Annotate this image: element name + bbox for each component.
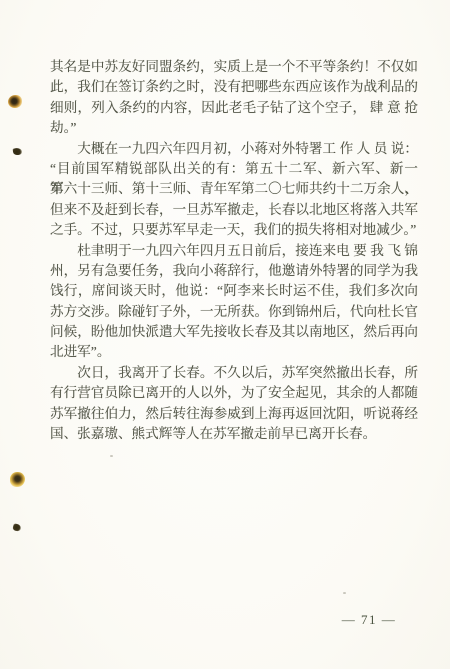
text-line: 饯行，席间谈天时，他说：“阿李来长时运不佳，我们多次向: [50, 281, 418, 301]
text-line: 第六十三师、第十三师、青年军第二〇七师共约十二万余人，: [50, 179, 418, 199]
text-line: 杜聿明于一九四六年四月五日前后，接连来电 要 我 飞 锦: [50, 241, 418, 261]
text-line: 州，另有急要任务，我向小蒋辞行，他邀请外特署的同学为我: [50, 261, 418, 281]
text-line: 大概在一九四六年四月初，小蒋对外特署工 作 人 员 说：: [50, 139, 418, 159]
body-text: 其名是中苏友好同盟条约，实质上是一个不平等条约！不仅如 此，我们在签订条约之时，…: [50, 57, 418, 444]
paragraph: 大概在一九四六年四月初，小蒋对外特署工 作 人 员 说： “目前国军精锐部队出关…: [50, 139, 418, 241]
paragraph: 其名是中苏友好同盟条约，实质上是一个不平等条约！不仅如 此，我们在签订条约之时，…: [50, 57, 418, 139]
text-line: 国、张嘉璈、熊式辉等人在苏军撤走前早已离开长春。: [50, 424, 418, 444]
text-line: 之手。不过，只要苏军早走一天，我们的损失将相对地减少。”: [50, 220, 418, 240]
text-line: 苏军撤往伯力，然后转往海参威到上海再返回沈阳，听说蒋经: [50, 404, 418, 424]
ink-blotch-halo-icon: [8, 95, 22, 108]
text-line: 但来不及赶到长春，一旦苏军撤走，长春以北地区将落入共军: [50, 200, 418, 220]
dust-speck-icon: [343, 592, 346, 594]
text-line: 此，我们在签订条约之时，没有把哪些东西应该作为战利品的: [50, 77, 418, 97]
text-line: “目前国军精锐部队出关的有：第五十二军、新六军、新一军、: [50, 159, 418, 179]
paragraph: 次日，我离开了长春。不久以后，苏军突然撤出长春，所 有行营官员除已离开的人以外，…: [50, 363, 418, 445]
scanned-book-page: 其名是中苏友好同盟条约，实质上是一个不平等条约！不仅如 此，我们在签订条约之时，…: [0, 0, 450, 669]
text-line: 苏方交涉。除碰钉子外，一无所获。你到锦州后，代向杜长官: [50, 302, 418, 322]
text-line: 次日，我离开了长春。不久以后，苏军突然撤出长春，所: [50, 363, 418, 383]
text-line: 问候，盼他加快派遣大军先接收长春及其以南地区，然后再向: [50, 322, 418, 342]
paragraph: 杜聿明于一九四六年四月五日前后，接连来电 要 我 飞 锦 州，另有急要任务，我向…: [50, 241, 418, 363]
ink-speck-icon: [12, 523, 21, 532]
ink-speck-icon: [13, 147, 23, 155]
text-line: 有行营官员除已离开的人以外，为了安全起见，其余的人都随: [50, 383, 418, 403]
text-line: 劫。”: [50, 118, 418, 138]
dust-speck-icon: [110, 455, 113, 457]
text-line: 细则，列入条约的内容，因此老毛子钻了这个空子， 肆 意 抢: [50, 98, 418, 118]
text-line: 其名是中苏友好同盟条约，实质上是一个不平等条约！不仅如: [50, 57, 418, 77]
ink-blotch-halo-icon: [10, 472, 25, 487]
text-line: 北进军”。: [50, 342, 418, 362]
page-number: — 71 —: [338, 612, 400, 628]
